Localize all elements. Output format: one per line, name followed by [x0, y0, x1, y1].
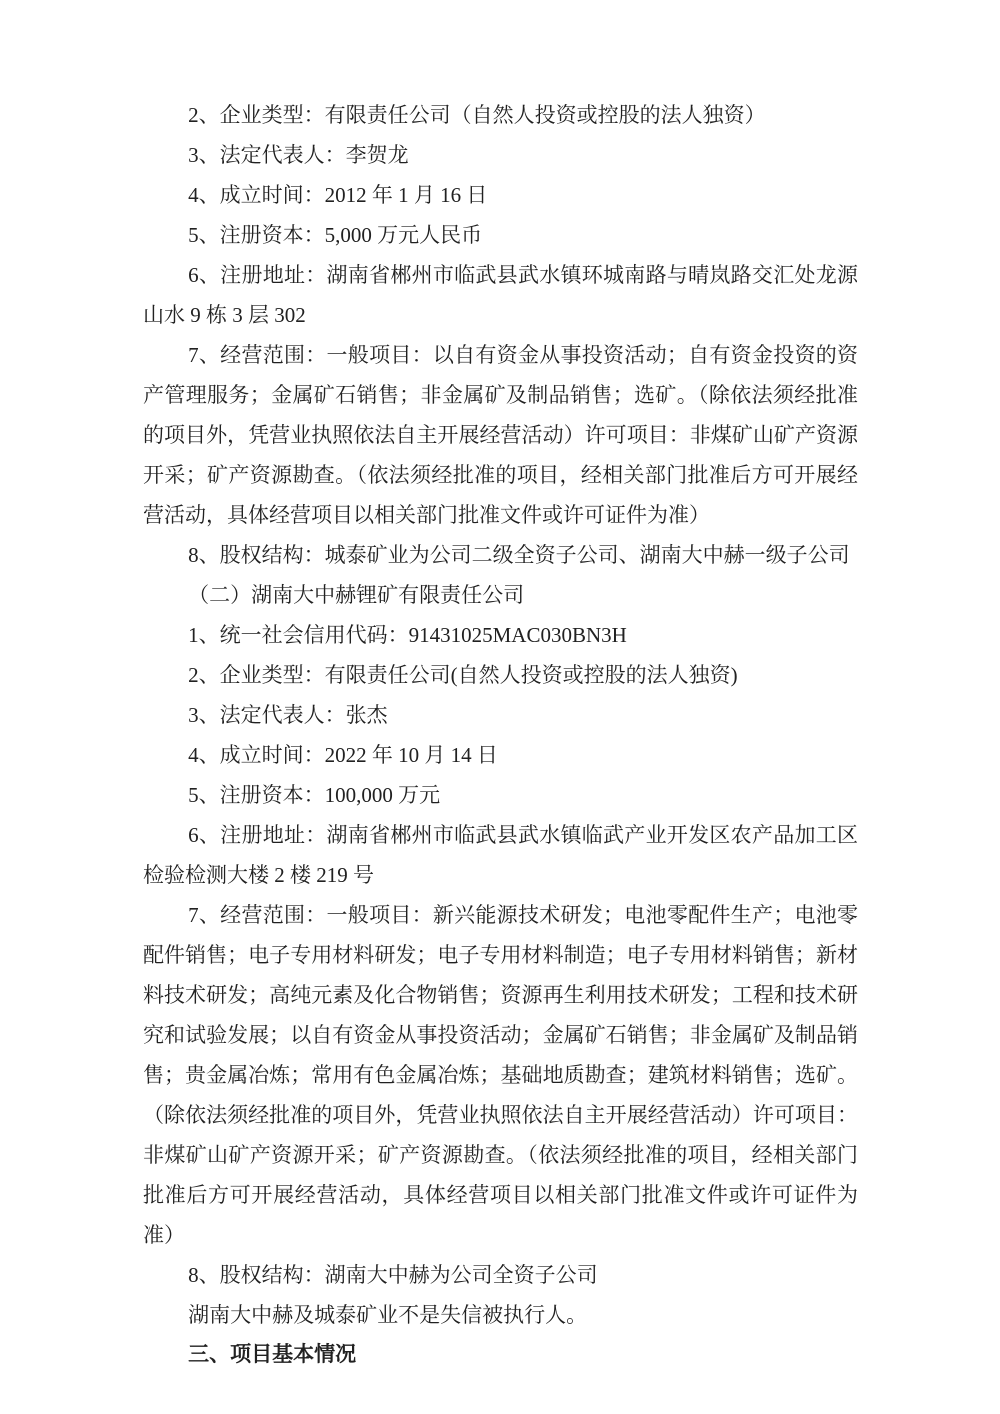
- para-company2-equity-structure: 8、股权结构：湖南大中赫为公司全资子公司: [143, 1255, 858, 1295]
- para-company1-business-scope: 7、经营范围：一般项目：以自有资金从事投资活动；自有资金投资的资产管理服务；金属…: [143, 335, 858, 535]
- para-company2-registered-address: 6、注册地址：湖南省郴州市临武县武水镇临武产业开发区农产品加工区检验检测大楼 2…: [143, 815, 858, 895]
- para-no-dishonest-executee-statement: 湖南大中赫及城泰矿业不是失信被执行人。: [143, 1295, 858, 1335]
- para-company1-equity-structure: 8、股权结构：城泰矿业为公司二级全资子公司、湖南大中赫一级子公司: [143, 535, 858, 575]
- para-company1-type: 2、企业类型：有限责任公司（自然人投资或控股的法人独资）: [143, 95, 858, 135]
- para-company2-type: 2、企业类型：有限责任公司(自然人投资或控股的法人独资): [143, 655, 858, 695]
- para-company2-founded-date: 4、成立时间：2022 年 10 月 14 日: [143, 735, 858, 775]
- para-company1-registered-capital: 5、注册资本：5,000 万元人民币: [143, 215, 858, 255]
- para-company2-business-scope: 7、经营范围：一般项目：新兴能源技术研发；电池零配件生产；电池零配件销售；电子专…: [143, 895, 858, 1255]
- para-company2-registered-capital: 5、注册资本：100,000 万元: [143, 775, 858, 815]
- para-company1-legal-rep: 3、法定代表人：李贺龙: [143, 135, 858, 175]
- section3-heading-project-basic-info: 三、项目基本情况: [143, 1335, 858, 1375]
- para-company1-registered-address: 6、注册地址：湖南省郴州市临武县武水镇环城南路与晴岚路交汇处龙源山水 9 栋 3…: [143, 255, 858, 335]
- para-company2-legal-rep: 3、法定代表人：张杰: [143, 695, 858, 735]
- para-section2-company2-title: （二）湖南大中赫锂矿有限责任公司: [143, 575, 858, 615]
- document-page: 2、企业类型：有限责任公司（自然人投资或控股的法人独资） 3、法定代表人：李贺龙…: [0, 0, 1000, 1414]
- para-company1-founded-date: 4、成立时间：2012 年 1 月 16 日: [143, 175, 858, 215]
- para-company2-credit-code: 1、统一社会信用代码：91431025MAC030BN3H: [143, 615, 858, 655]
